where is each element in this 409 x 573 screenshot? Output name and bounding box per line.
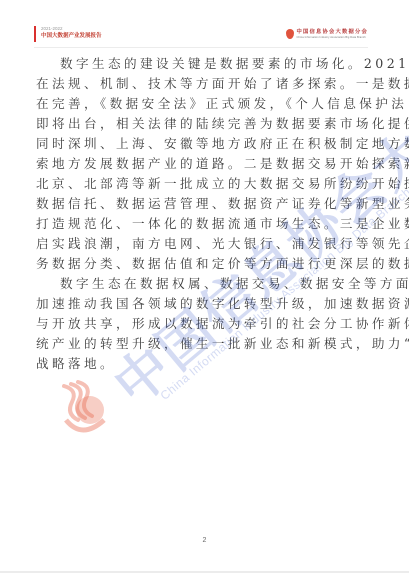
page-header: 2021-2022 中国大数据产业发展报告 中国信息协会大数据分会 China … <box>34 26 368 44</box>
text-line: 即将出台，相关法律的陆续完善为数据要素市场化提供了保障基础， <box>36 114 370 134</box>
text-line: 与开放共享，形成以数据流为牵引的社会分工协作新体系，促进传 <box>36 314 370 334</box>
text-line: 在完善，《数据安全法》正式颁发，《个人信息保护法（草案）》 <box>36 94 370 114</box>
text-line: 北京、北部湾等新一批成立的大数据交易所纷纷开始探索数据登记、 <box>36 174 370 194</box>
text-line: 战略落地。 <box>36 354 370 374</box>
text-line: 加速推动我国各领域的数字化转型升级，加速数据资源的汇集整合 <box>36 294 370 314</box>
watermark-logo-icon <box>58 380 110 436</box>
org-name-en: China Information Industry Association B… <box>297 36 368 40</box>
header-divider <box>34 47 368 48</box>
text-line: 数字生态的建设关键是数据要素的市场化。2021 年产业各界 <box>36 54 370 74</box>
org-logo: 中国信息协会大数据分会 China Information Industry A… <box>286 27 368 41</box>
report-title: 中国大数据产业发展报告 <box>41 32 102 40</box>
page-number: 2 <box>0 537 409 544</box>
text-line: 统产业的转型升级，催生一批新业态和新模式，助力“数字中国” <box>36 334 370 354</box>
text-line: 数字生态在数据权属、数据交易、数据安全等方面的探索必将 <box>36 274 370 294</box>
text-line: 打造规范化、一体化的数据流通市场生态。三是企业数据资产化开 <box>36 214 370 234</box>
org-name-cn: 中国信息协会大数据分会 <box>297 29 368 36</box>
paragraph-1: 数字生态的建设关键是数据要素的市场化。2021 年产业各界 在法规、机制、技术等… <box>36 54 370 274</box>
text-line: 索地方发展数据产业的道路。二是数据交易开始探索新模式，山东、 <box>36 154 370 174</box>
text-line: 务数据分类、数据估值和定价等方面进行更深层的数据资产化探索。 <box>36 254 370 274</box>
text-line: 在法规、机制、技术等方面开始了诸多探索。一是数据相关立法正 <box>36 74 370 94</box>
org-logo-icon <box>286 29 294 39</box>
paragraph-2: 数字生态在数据权属、数据交易、数据安全等方面的探索必将 加速推动我国各领域的数字… <box>36 274 370 374</box>
document-page: 2021-2022 中国大数据产业发展报告 中国信息协会大数据分会 China … <box>0 0 409 573</box>
body-text: 数字生态的建设关键是数据要素的市场化。2021 年产业各界 在法规、机制、技术等… <box>36 54 370 374</box>
text-line: 数据信托、数据运营管理、数据资产证券化等新型业务模式，推进 <box>36 194 370 214</box>
report-label: 2021-2022 中国大数据产业发展报告 <box>34 26 102 42</box>
text-line: 启实践浪潮，南方电网、光大银行、浦发银行等领先企业开始在业 <box>36 234 370 254</box>
text-line: 同时深圳、上海、安徽等地方政府正在积极制定地方数据条例，探 <box>36 134 370 154</box>
